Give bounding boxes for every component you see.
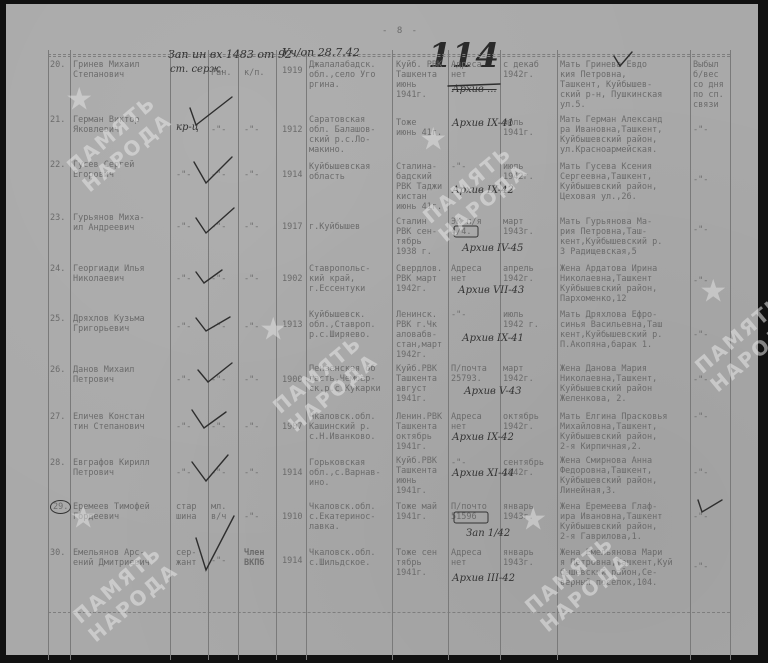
watermark-star-icon: ★ — [260, 300, 287, 351]
checkmark-icon — [196, 270, 222, 283]
checkmark-icon — [190, 97, 232, 125]
watermark-star-icon: ★ — [420, 110, 447, 161]
watermark-star-icon: ★ — [520, 490, 547, 541]
checkmark-icon — [192, 455, 228, 481]
checkmark-icon — [198, 363, 232, 382]
watermark-star-icon: ★ — [700, 262, 727, 313]
checkmark-icon — [196, 317, 230, 331]
watermark-star-icon: ★ — [66, 70, 93, 121]
strike-line — [448, 84, 500, 86]
checkmark-icon — [196, 516, 234, 570]
checkmark-icon — [192, 410, 226, 428]
checkmark-icon — [614, 52, 632, 66]
watermark-star-icon: ★ — [70, 488, 97, 539]
checkmark-icon — [698, 500, 722, 512]
checkmark-icon — [194, 157, 232, 183]
checkmark-overlay — [0, 0, 768, 663]
checkmark-icon — [196, 208, 234, 233]
boxed-field-address — [454, 512, 488, 523]
